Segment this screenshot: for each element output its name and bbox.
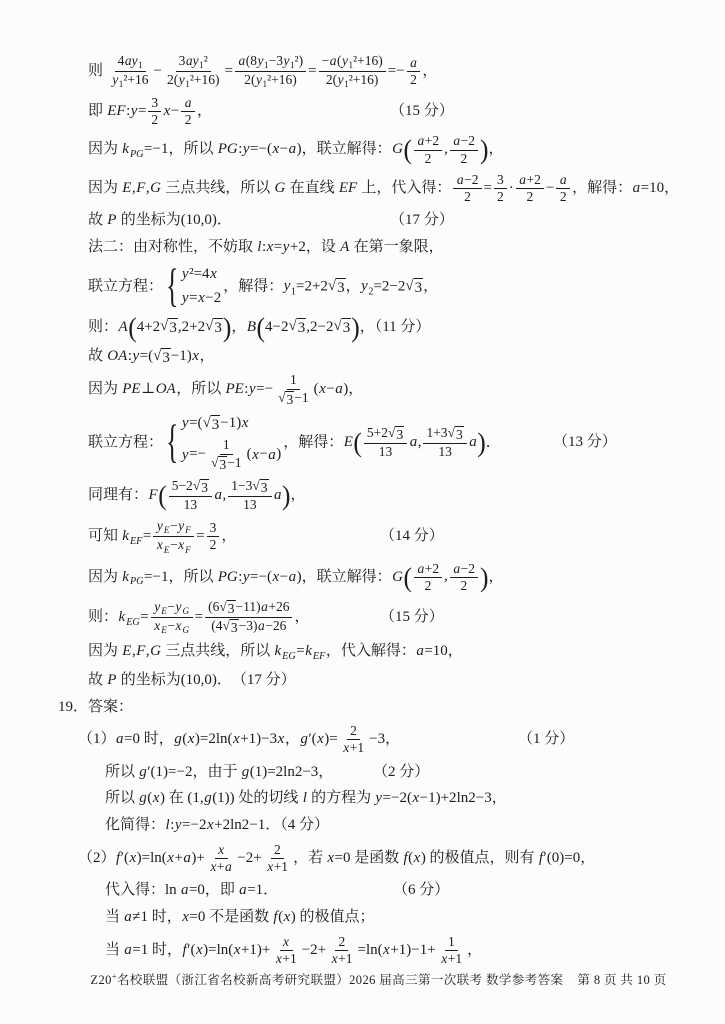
- document-line: 则 4ay1y1²+16−3ay1²2(y1²+16)=a(8y1−3y1²)2…: [58, 50, 699, 92]
- document-line: 所以 g′(1)=−2，由于 g(1)=2ln2−3，（2 分）: [58, 759, 699, 786]
- answer-sheet-page: 则 4ay1y1²+16−3ay1²2(y1²+16)=a(8y1−3y1²)2…: [0, 0, 725, 1024]
- document-line: 因为 E,F,G 三点共线，所以 G 在直线 EF 上，代入得：a−22=32·…: [58, 169, 699, 207]
- score-marker: （6 分）: [393, 880, 449, 902]
- document-line: 故 OA:y=(√3−1)x，: [58, 343, 699, 370]
- document-line: 即 EF:y=32x−a2，（15 分）: [58, 92, 699, 130]
- footer-page-number: 第 8 页 共 10 页: [577, 973, 666, 987]
- document-line: 故 P 的坐标为(10,0)．（17 分）: [58, 208, 699, 235]
- document-line: 化简得：l:y=−2x+2ln2−1．（4 分）: [58, 813, 699, 840]
- answer-document: 则 4ay1y1²+16−3ay1²2(y1²+16)=a(8y1−3y1²)2…: [58, 50, 699, 970]
- document-line: 因为 E,F,G 三点共线，所以 kEG=kEF，代入解得：a=10，: [58, 639, 699, 667]
- document-line: 因为 PE⊥OA，所以 PE:y=−1√3−1(x−a)，: [58, 370, 699, 410]
- document-line: 法二：由对称性，不妨取 l:x=y+2，设 A 在第一象限，: [58, 234, 699, 261]
- document-line: 可知 kEF=yE−yFxE−xF=32，（14 分）: [58, 516, 699, 558]
- score-marker: （15 分）: [380, 607, 444, 629]
- document-line: 因为 kPG=−1，所以 PG:y=−(x−a)，联立解得：G(a+22,a−2…: [58, 558, 699, 596]
- document-line: 当 a=1 时，f′(x)=ln(x+1)+xx+1−2+2x+1=ln(x+1…: [58, 931, 699, 969]
- document-line: 则：kEG=yE−yGxE−xG=(6√3−11)a+26(4√3−3)a−26…: [58, 597, 699, 639]
- document-line: 则：A(4+2√3,2+2√3)，B(4−2√3,2−2√3)，（11 分）: [58, 313, 699, 344]
- document-line: 联立方程：{y=(√3−1)xy=−1√3−1(x−a)，解得：E(5+2√31…: [58, 410, 699, 475]
- score-marker: （1 分）: [518, 729, 574, 751]
- document-line: 因为 kPG=−1，所以 PG:y=−(x−a)，联立解得：G(a+22,a−2…: [58, 131, 699, 169]
- score-marker: （15 分）: [390, 101, 454, 123]
- score-marker: （13 分）: [553, 432, 617, 454]
- document-line: （2）f′(x)=ln(x+a)+xx+a−2+2x+1，若 x=0 是函数 f…: [58, 839, 699, 877]
- document-line: 19．答案：: [58, 694, 699, 721]
- document-line: 当 a≠1 时，x=0 不是函数 f(x) 的极值点；: [58, 905, 699, 932]
- document-line: （1）a=0 时，g(x)=2ln(x+1)−3x，g′(x)=2x+1−3，（…: [58, 721, 699, 759]
- score-marker: （2 分）: [373, 762, 429, 784]
- footer-brand: Z20: [90, 973, 111, 987]
- document-line: 联立方程：{y²=4xy=x−2，解得：y1=2+2√3，y2=2−2√3，: [58, 261, 699, 313]
- page-footer: Z20+名校联盟（浙江省名校新高考研究联盟）2026 届高三第一次联考 数学参考…: [58, 970, 699, 1016]
- score-marker: （17 分）: [390, 210, 454, 232]
- document-line: 故 P 的坐标为(10,0)． （17 分）: [58, 667, 699, 694]
- document-line: 代入得：ln a=0，即 a=1．（6 分）: [58, 878, 699, 905]
- footer-title: 名校联盟（浙江省名校新高考研究联盟）2026 届高三第一次联考 数学参考答案: [117, 973, 563, 987]
- document-line: 同理有：F(5−2√313a,1−3√313a)，: [58, 475, 699, 515]
- score-marker: （14 分）: [380, 526, 444, 548]
- document-line: 所以 g(x) 在 (1,g(1)) 处的切线 l 的方程为 y=−2(x−1)…: [58, 786, 699, 813]
